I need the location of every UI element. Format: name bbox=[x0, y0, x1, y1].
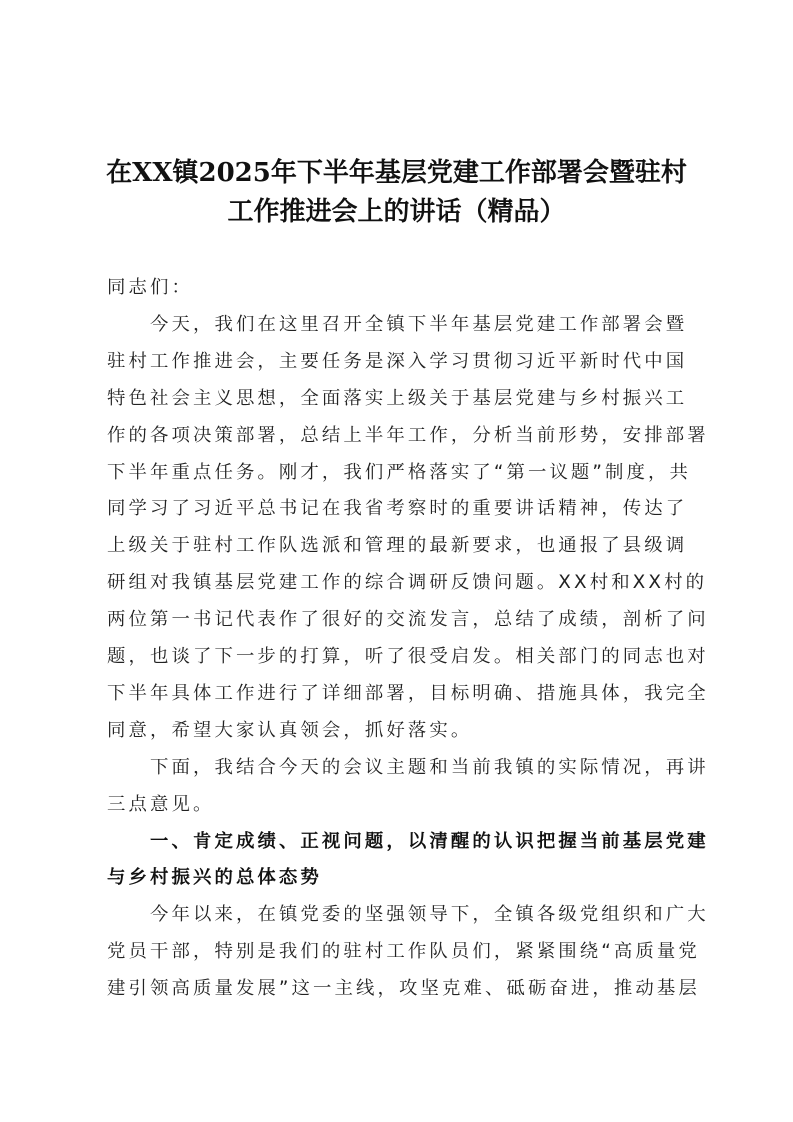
paragraph-line: 今年以来，在镇党委的坚强领导下，全镇各级党组织和广大 bbox=[150, 903, 750, 927]
document-title-line-1: 在XX镇2025年下半年基层党建工作部署会暨驻村 bbox=[0, 152, 793, 189]
paragraph-line: 党员干部，特别是我们的驻村工作队员们，紧紧围绕“高质量党 bbox=[107, 940, 707, 964]
paragraph-line: 驻村工作推进会，主要任务是深入学习贯彻习近平新时代中国 bbox=[107, 350, 707, 374]
paragraph-line: 研组对我镇基层党建工作的综合调研反馈问题。XX村和XX村的 bbox=[107, 571, 707, 595]
paragraph-line: 同意，希望大家认真领会，抓好落实。 bbox=[107, 719, 707, 743]
paragraph-line: 今天，我们在这里召开全镇下半年基层党建工作部署会暨 bbox=[150, 313, 750, 337]
salutation: 同志们： bbox=[107, 276, 707, 300]
paragraph-line: 下半年具体工作进行了详细部署，目标明确、措施具体，我完全 bbox=[107, 682, 707, 706]
paragraph-line: 特色社会主义思想，全面落实上级关于基层党建与乡村振兴工 bbox=[107, 387, 707, 411]
paragraph-line: 下半年重点任务。刚才，我们严格落实了“第一议题”制度，共 bbox=[107, 461, 707, 485]
paragraph-line: 两位第一书记代表作了很好的交流发言，总结了成绩，剖析了问 bbox=[107, 608, 707, 632]
section-heading-line: 与乡村振兴的总体态势 bbox=[107, 866, 707, 890]
paragraph-line: 建引领高质量发展”这一主线，攻坚克难、砥砺奋进，推动基层 bbox=[107, 977, 707, 1001]
paragraph-line: 上级关于驻村工作队选派和管理的最新要求，也通报了县级调 bbox=[107, 534, 707, 558]
document-page: 在XX镇2025年下半年基层党建工作部署会暨驻村 工作推进会上的讲话（精品） 同… bbox=[0, 0, 793, 1122]
paragraph-line: 三点意见。 bbox=[107, 793, 707, 817]
paragraph-line: 题，也谈了下一步的打算，听了很受启发。相关部门的同志也对 bbox=[107, 645, 707, 669]
section-heading-line: 一、肯定成绩、正视问题，以清醒的认识把握当前基层党建 bbox=[150, 830, 750, 854]
paragraph-line: 同学习了习近平总书记在我省考察时的重要讲话精神，传达了 bbox=[107, 497, 707, 521]
paragraph-line: 下面，我结合今天的会议主题和当前我镇的实际情况，再讲 bbox=[150, 756, 750, 780]
paragraph-line: 作的各项决策部署，总结上半年工作，分析当前形势，安排部署 bbox=[107, 424, 707, 448]
document-title-line-2: 工作推进会上的讲话（精品） bbox=[0, 191, 793, 228]
